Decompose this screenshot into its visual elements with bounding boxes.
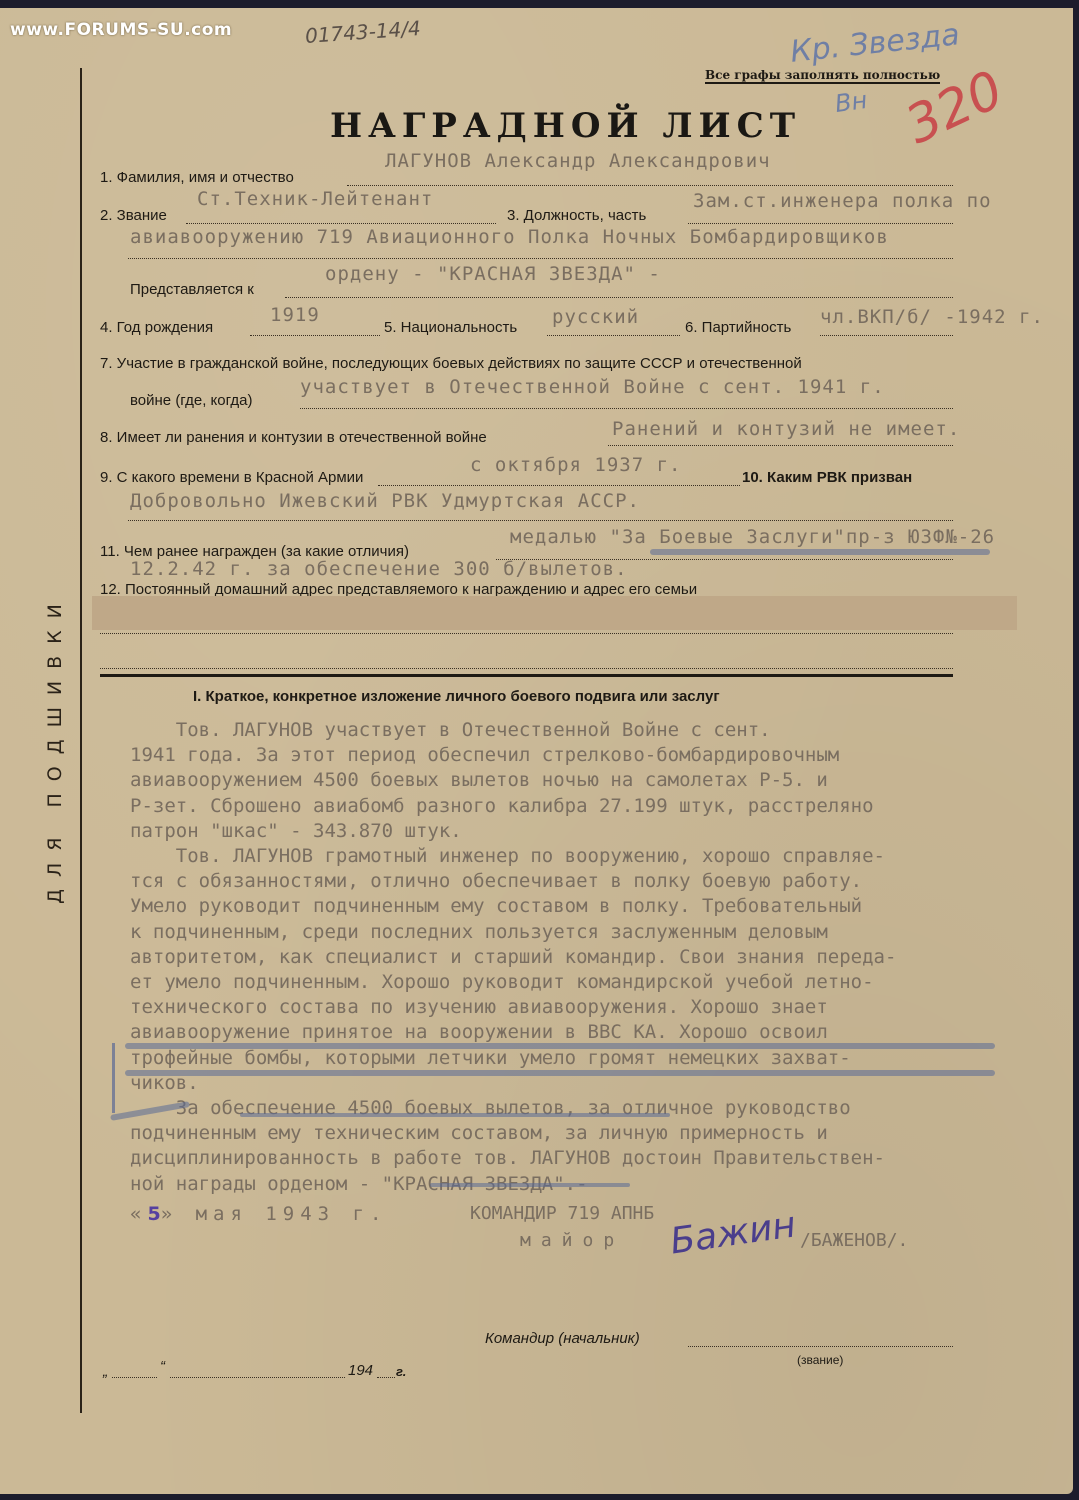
field-12-line3 xyxy=(100,668,953,669)
binding-margin-label: ДЛЯ ПОДШИВКИ xyxy=(30,558,80,938)
commander-rank: майор xyxy=(520,1230,624,1251)
fill-instruction: Все графы заполнять полностью xyxy=(705,68,940,84)
body-line: патрон "шкас" - 343.870 штук. xyxy=(130,819,1065,844)
field-7-value: участвует в Отечественной Войне с сент. … xyxy=(300,376,885,398)
blue-pencil-underline xyxy=(430,1183,630,1187)
field-1-value: ЛАГУНОВ Александр Александрович xyxy=(385,150,771,172)
blue-pencil-underline xyxy=(650,549,990,555)
body-line: Умело руководит подчиненным ему составом… xyxy=(130,894,1065,919)
binding-margin-line xyxy=(80,68,82,1413)
section-divider xyxy=(100,674,953,677)
body-line: авиавооружением 4500 боевых вылетов ночь… xyxy=(130,768,1065,793)
footer-year-line xyxy=(377,1377,395,1378)
field-7-line xyxy=(300,408,953,409)
footer-date-mid: “ xyxy=(160,1358,165,1375)
field-3-line xyxy=(688,223,953,224)
field-7-label-line2: войне (где, когда) xyxy=(130,392,253,409)
field-8-label: 8. Имеет ли ранения и контузии в отечест… xyxy=(100,429,487,446)
handwritten-archive-number: 01743-14/4 xyxy=(304,16,421,48)
field-6-value: чл.ВКП/б/ -1942 г. xyxy=(820,306,1044,328)
body-line: авторитетом, как специалист и старший ко… xyxy=(130,945,1065,970)
handwritten-abbr-note: Вн xyxy=(833,86,869,118)
field-8-line xyxy=(608,445,953,446)
presented-label: Представляется к xyxy=(130,281,254,298)
field-4-line xyxy=(250,335,380,336)
field-2-line xyxy=(186,223,496,224)
signing-date: «5» мая 1943 г. xyxy=(130,1203,387,1225)
field-4-value: 1919 xyxy=(270,304,320,326)
field-3-line2 xyxy=(128,258,953,259)
field-4-label: 4. Год рождения xyxy=(100,319,213,336)
field-2-value: Ст.Техник-Лейтенант xyxy=(197,188,433,210)
presented-value: ордену - "КРАСНАЯ ЗВЕЗДА" - xyxy=(325,263,661,285)
field-9-label: 9. С какого времени в Красной Армии xyxy=(100,469,363,486)
footer-month-line xyxy=(170,1377,345,1378)
signing-day: 5 xyxy=(147,1203,160,1225)
field-11-value-line1: медалью "За Боевые Заслуги"пр-з ЮЗФ№-26 xyxy=(510,526,995,548)
signing-month-year: мая 1943 г. xyxy=(196,1203,388,1225)
body-line: Тов. ЛАГУНОВ участвует в Отечественной В… xyxy=(130,718,1065,743)
body-line: к подчиненным, среди последних пользуетс… xyxy=(130,920,1065,945)
site-watermark: www.FORUMS-SU.com xyxy=(10,20,232,40)
section-1-title: I. Краткое, конкретное изложение личного… xyxy=(193,688,720,705)
field-6-label: 6. Партийность xyxy=(685,319,791,336)
body-line: За обеспечение 4500 боевых вылетов, за о… xyxy=(130,1096,1065,1121)
field-8-value: Ранений и контузий не имеет. xyxy=(612,418,960,440)
commander-name: /БАЖЕНОВ/. xyxy=(800,1230,908,1251)
field-1-line xyxy=(347,185,953,186)
field-3-label: 3. Должность, часть xyxy=(507,207,646,224)
field-3-value-line2: авиавооружению 719 Авиационного Полка Но… xyxy=(130,226,889,248)
field-7-label-line1: 7. Участие в гражданской войне, последую… xyxy=(100,355,802,372)
body-line: ет умело подчиненным. Хорошо руководит к… xyxy=(130,970,1065,995)
footer-rank-caption: (звание) xyxy=(797,1353,843,1367)
section-1-body: Тов. ЛАГУНОВ участвует в Отечественной В… xyxy=(130,718,1065,1197)
field-11-value-line2: 12.2.42 г. за обеспечение 300 б/вылетов. xyxy=(130,558,628,580)
footer-year-suffix: г. xyxy=(396,1364,406,1379)
body-line: трофейные бомбы, которыми летчики умело … xyxy=(130,1046,1065,1071)
redacted-address xyxy=(92,596,1017,630)
blue-pencil-underline xyxy=(240,1113,670,1117)
field-10-value: Добровольно Ижевский РВК Удмуртская АССР… xyxy=(130,490,640,512)
body-line: 1941 года. За этот период обеспечил стре… xyxy=(130,743,1065,768)
field-6-line xyxy=(820,335,953,336)
footer-commander-label: Командир (начальник) xyxy=(485,1330,640,1347)
field-10-line xyxy=(128,520,953,521)
blue-pencil-underline xyxy=(125,1043,995,1049)
field-9-line xyxy=(378,485,740,486)
body-line: Р-зет. Сброшено авиабомб разного калибра… xyxy=(130,794,1065,819)
body-line: тся с обязанностями, отлично обеспечивае… xyxy=(130,869,1065,894)
blue-pencil-underline xyxy=(125,1070,995,1076)
award-sheet-page: www.FORUMS-SU.com 01743-14/4 Кр. Звезда … xyxy=(0,8,1073,1494)
field-5-label: 5. Национальность xyxy=(384,319,517,336)
commander-signature: Бажин xyxy=(668,1204,799,1262)
field-12-line2 xyxy=(100,633,953,634)
commander-title: КОМАНДИР 719 АПНБ xyxy=(470,1203,654,1224)
field-10-label: 10. Каким РВК призван xyxy=(742,469,912,486)
binding-margin-text: ДЛЯ ПОДШИВКИ xyxy=(44,592,66,904)
presented-line xyxy=(285,297,953,298)
body-line: подчиненным ему техническим составом, за… xyxy=(130,1121,1065,1146)
field-5-line xyxy=(547,335,680,336)
handwritten-award-note: Кр. Звезда xyxy=(789,17,962,70)
field-9-value: с октября 1937 г. xyxy=(470,454,681,476)
footer-day-line xyxy=(112,1377,157,1378)
footer-commander-line xyxy=(688,1346,953,1347)
field-3-value-line1: Зам.ст.инженера полка по xyxy=(693,190,992,212)
body-line: авиавооружение принятое на вооружении в … xyxy=(130,1020,1065,1045)
body-line: дисциплинированность в работе тов. ЛАГУН… xyxy=(130,1146,1065,1171)
blue-pencil-margin-mark xyxy=(112,1043,115,1113)
field-5-value: русский xyxy=(552,306,639,328)
footer-year: 194 xyxy=(348,1362,373,1379)
body-line: технического состава по изучению авиавоо… xyxy=(130,995,1065,1020)
body-line: Тов. ЛАГУНОВ грамотный инженер по вооруж… xyxy=(130,844,1065,869)
document-title: НАГРАДНОЙ ЛИСТ xyxy=(330,106,801,146)
field-1-label: 1. Фамилия, имя и отчество xyxy=(100,169,294,186)
footer-date-open: „ xyxy=(103,1363,108,1380)
field-2-label: 2. Звание xyxy=(100,207,167,224)
